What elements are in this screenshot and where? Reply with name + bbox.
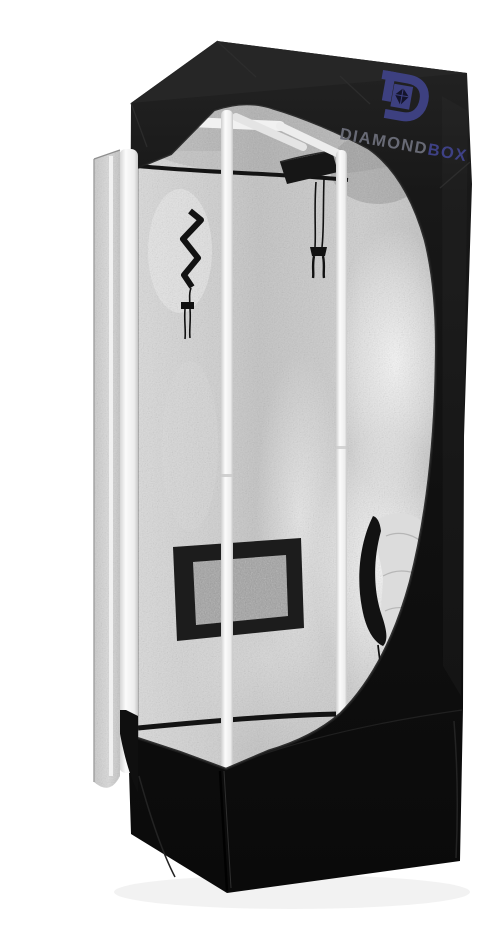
frame-pole-front-left bbox=[119, 149, 138, 773]
door-flap bbox=[94, 146, 122, 801]
frame-pole-center-left bbox=[221, 110, 233, 770]
frame-pole-center-right bbox=[336, 150, 347, 730]
product-photo: DIAMONDBOX bbox=[40, 16, 493, 936]
logo-d-monogram-icon bbox=[380, 75, 427, 120]
right-side-sheen bbox=[442, 96, 468, 696]
vent-window bbox=[173, 538, 304, 641]
grow-tent-illustration: DIAMONDBOX bbox=[40, 16, 493, 936]
